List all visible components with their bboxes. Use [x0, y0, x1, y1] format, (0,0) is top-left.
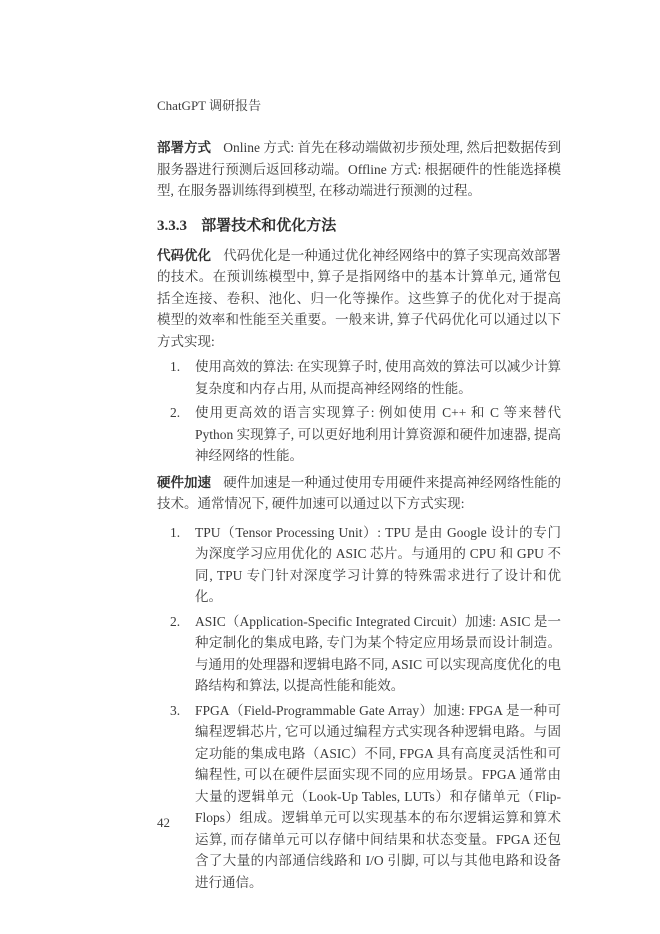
list-item: 2. ASIC（Application-Specific Integrated … [157, 611, 561, 697]
list-item-text: FPGA（Field-Programmable Gate Array）加速: F… [195, 700, 561, 894]
list-item: 1. TPU（Tensor Processing Unit）: TPU 是由 G… [157, 522, 561, 608]
list-item-text: ASIC（Application-Specific Integrated Cir… [195, 611, 561, 697]
list-item-number: 3. [170, 700, 195, 894]
document-body: ChatGPT 调研报告 部署方式Online 方式: 首先在移动端做初步预处理… [157, 97, 561, 893]
list-item: 2. 使用更高效的语言实现算子: 例如使用 C++ 和 C 等来替代 Pytho… [157, 402, 561, 467]
paragraph-label-hardware-acceleration: 硬件加速 [157, 475, 211, 490]
paragraph-hardware-acceleration: 硬件加速硬件加速是一种通过使用专用硬件来提高神经网络性能的技术。通常情况下, 硬… [157, 472, 561, 515]
paragraph-text-code-optimization: 代码优化是一种通过优化神经网络中的算子实现高效部署的技术。在预训练模型中, 算子… [157, 248, 561, 349]
hardware-acceleration-list: 1. TPU（Tensor Processing Unit）: TPU 是由 G… [157, 522, 561, 894]
document-page: ChatGPT 调研报告 部署方式Online 方式: 首先在移动端做初步预处理… [0, 0, 660, 934]
list-item-text: 使用更高效的语言实现算子: 例如使用 C++ 和 C 等来替代 Python 实… [195, 402, 561, 467]
paragraph-label-code-optimization: 代码优化 [157, 248, 211, 263]
paragraph-text-hardware-acceleration: 硬件加速是一种通过使用专用硬件来提高神经网络性能的技术。通常情况下, 硬件加速可… [157, 475, 561, 512]
running-header: ChatGPT 调研报告 [157, 97, 561, 114]
section-heading: 3.3.3部署技术和优化方法 [157, 215, 561, 237]
list-item: 1. 使用高效的算法: 在实现算子时, 使用高效的算法可以减少计算复杂度和内存占… [157, 356, 561, 399]
section-number: 3.3.3 [157, 218, 187, 234]
list-item-number: 2. [170, 402, 195, 467]
list-item: 3. FPGA（Field-Programmable Gate Array）加速… [157, 700, 561, 894]
paragraph-text-deploy-mode: Online 方式: 首先在移动端做初步预处理, 然后把数据传到服务器进行预测后… [157, 140, 561, 198]
list-item-number: 1. [170, 356, 195, 399]
page-number: 42 [157, 814, 170, 831]
code-optimization-list: 1. 使用高效的算法: 在实现算子时, 使用高效的算法可以减少计算复杂度和内存占… [157, 356, 561, 467]
list-item-number: 2. [170, 611, 195, 697]
list-item-number: 1. [170, 522, 195, 608]
list-item-text: 使用高效的算法: 在实现算子时, 使用高效的算法可以减少计算复杂度和内存占用, … [195, 356, 561, 399]
paragraph-deploy-mode: 部署方式Online 方式: 首先在移动端做初步预处理, 然后把数据传到服务器进… [157, 137, 561, 202]
list-item-text: TPU（Tensor Processing Unit）: TPU 是由 Goog… [195, 522, 561, 608]
paragraph-label-deploy-mode: 部署方式 [157, 140, 211, 155]
paragraph-code-optimization: 代码优化代码优化是一种通过优化神经网络中的算子实现高效部署的技术。在预训练模型中… [157, 245, 561, 353]
section-title: 部署技术和优化方法 [201, 218, 336, 234]
